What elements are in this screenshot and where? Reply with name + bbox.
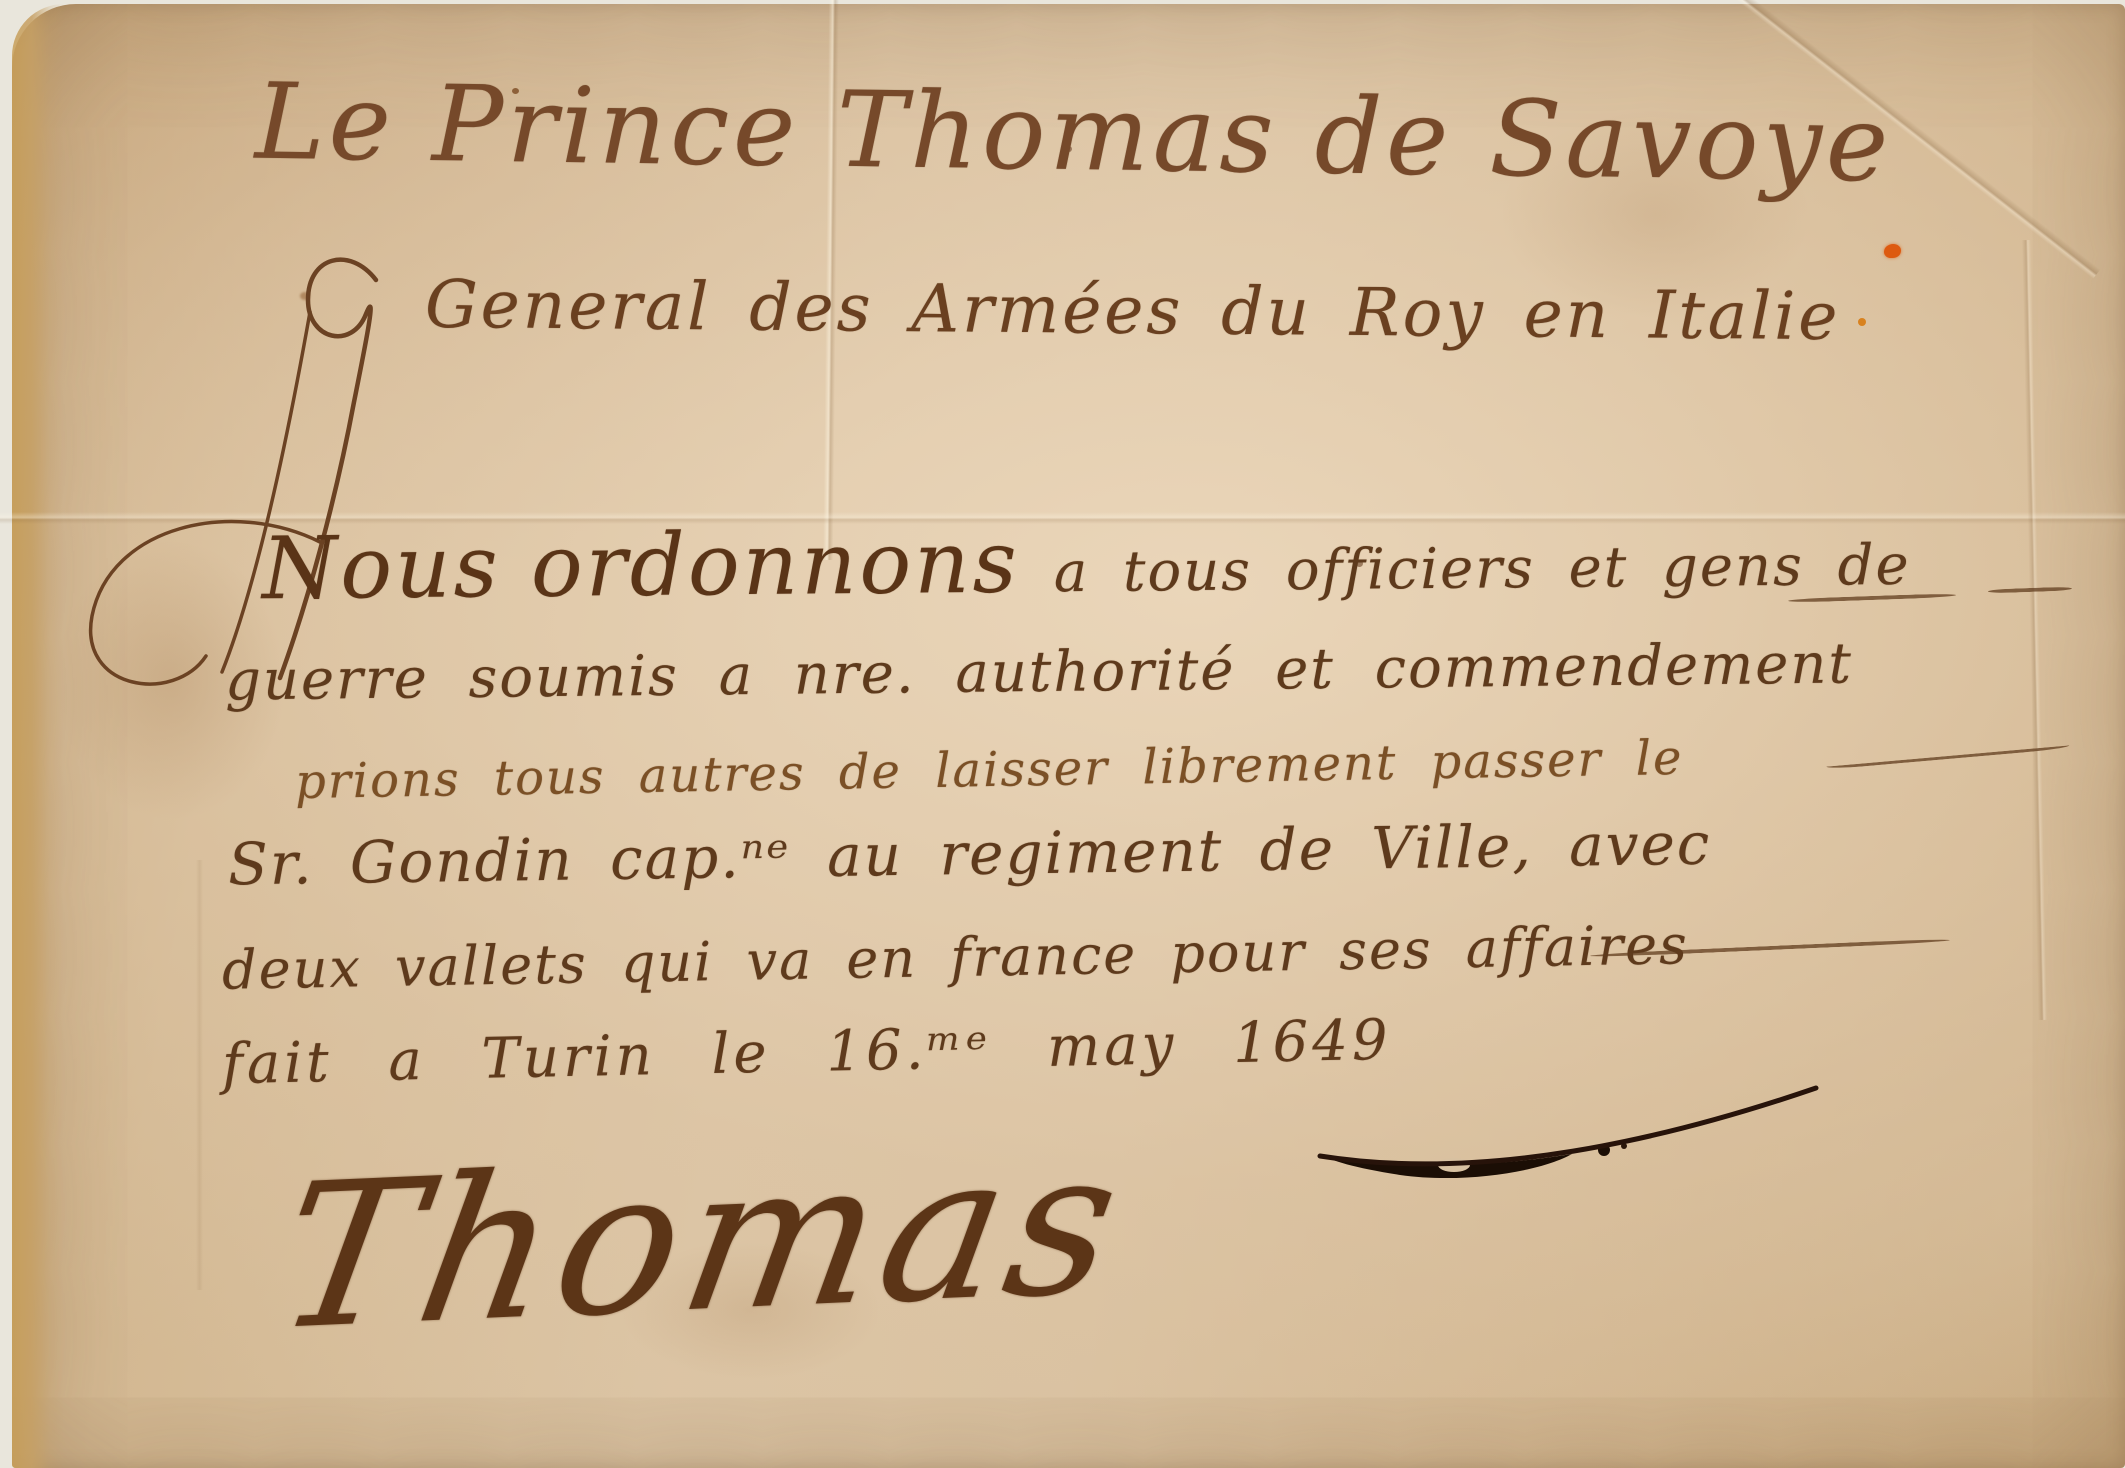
date-paraph [1304, 1062, 1824, 1192]
torn-edge [12, 4, 64, 1468]
manuscript-photo: Le Prince Thomas de Savoye General des A… [0, 0, 2125, 1468]
body-line-1-rest: a tous officiers et gens de [1053, 533, 1910, 605]
signature: Thomas [263, 1106, 1139, 1375]
opening-words: Nous ordonnons [262, 513, 1021, 620]
initial-flourish [58, 242, 458, 702]
title-line-1: Le Prince Thomas de Savoye [254, 61, 1893, 206]
orange-stain [1884, 244, 1901, 258]
orange-stain [1858, 318, 1866, 326]
title-line-2: General des Armées du Roy en Italie [425, 266, 1841, 355]
body-line-1: Nous ordonnonsa tous officiers et gens d… [262, 505, 1911, 619]
